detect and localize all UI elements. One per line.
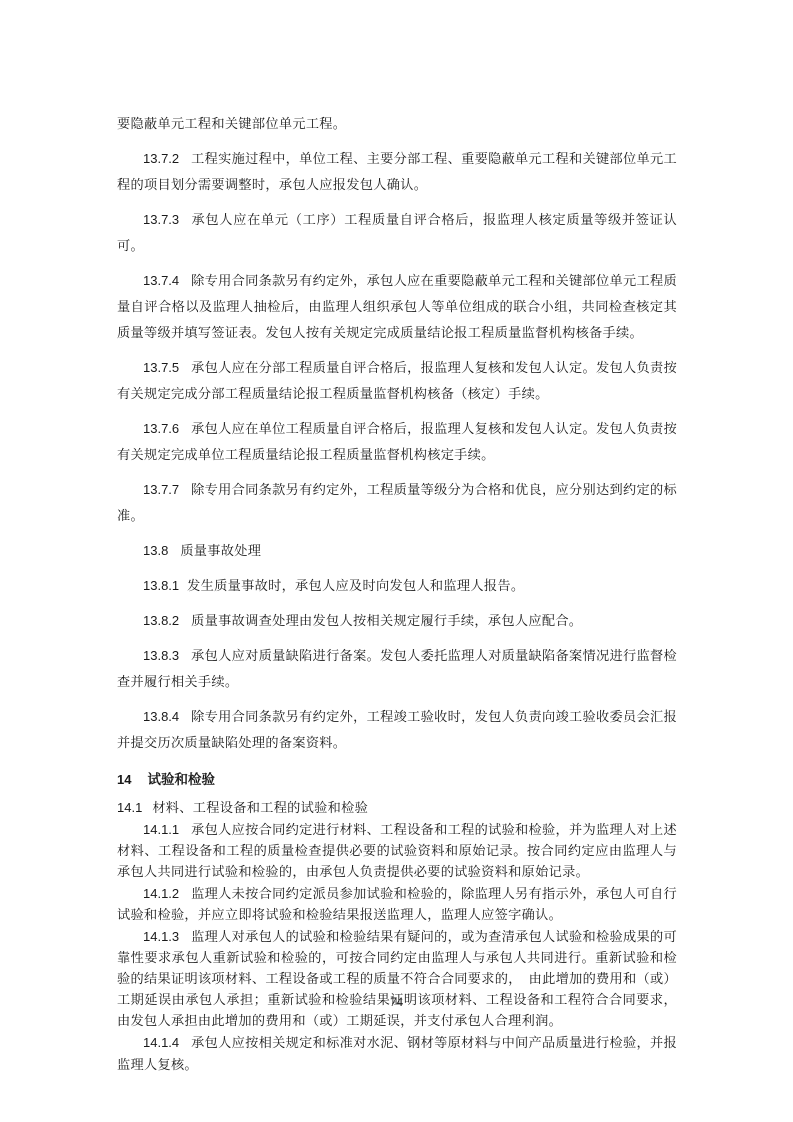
clause-13-8-4: 13.8.4除专用合同条款另有约定外，工程竣工验收时，发包人负责向竣工验收委员会… <box>117 704 677 757</box>
clause-number: 13.8 <box>143 543 168 558</box>
clause-number: 14.1.2 <box>143 886 179 901</box>
clause-number: 13.8.3 <box>143 648 179 663</box>
section-number: 14.1 <box>117 800 142 815</box>
section-14-1-title: 14.1材料、工程设备和工程的试验和检验 <box>117 797 677 819</box>
page-number: 74 <box>0 994 793 1010</box>
clause-14-1-4: 14.1.4承包人应按相关规定和标准对水泥、钢材等原材料与中间产品质量进行检验，… <box>117 1032 677 1077</box>
clause-number: 13.7.3 <box>143 212 179 227</box>
clause-number: 13.8.4 <box>143 709 179 724</box>
clause-number: 14.1.4 <box>143 1035 179 1050</box>
clause-number: 13.8.1 <box>143 578 179 593</box>
clause-number: 13.7.7 <box>143 482 179 497</box>
clause-13-8-3: 13.8.3承包人应对质量缺陷进行备案。发包人委托监理人对质量缺陷备案情况进行监… <box>117 643 677 696</box>
chapter-title: 试验和检验 <box>147 772 215 788</box>
clause-number: 13.7.6 <box>143 421 179 436</box>
clause-number: 14.1.1 <box>143 822 179 837</box>
clause-13-8-2: 13.8.2质量事故调查处理由发包人按相关规定履行手续，承包人应配合。 <box>117 608 677 635</box>
clause-13-7-2: 13.7.2工程实施过程中，单位工程、主要分部工程、重要隐蔽单元工程和关键部位单… <box>117 146 677 199</box>
clause-number: 13.7.2 <box>143 151 179 166</box>
clause-number: 13.7.5 <box>143 360 179 375</box>
clause-13-7-4: 13.7.4除专用合同条款另有约定外，承包人应在重要隐蔽单元工程和关键部位单元工… <box>117 268 677 347</box>
clause-14-1-1: 14.1.1承包人应按合同约定进行材料、工程设备和工程的试验和检验，并为监理人对… <box>117 819 677 883</box>
chapter-14-heading: 14试验和检验 <box>117 769 677 791</box>
clause-13-8-1: 13.8.1发生质量事故时，承包人应及时向发包人和监理人报告。 <box>117 573 677 600</box>
clause-14-1-2: 14.1.2监理人未按合同约定派员参加试验和检验的，除监理人另有指示外，承包人可… <box>117 883 677 926</box>
clause-13-7-7: 13.7.7除专用合同条款另有约定外，工程质量等级分为合格和优良，应分别达到约定… <box>117 477 677 530</box>
clause-number: 13.8.2 <box>143 613 179 628</box>
clause-13-7-3: 13.7.3承包人应在单元（工序）工程质量自评合格后，报监理人核定质量等级并签证… <box>117 207 677 260</box>
clause-14-1-3: 14.1.3监理人对承包人的试验和检验结果有疑问的，或为查清承包人试验和检验成果… <box>117 926 677 1032</box>
paragraph-continuation: 要隐蔽单元工程和关键部位单元工程。 <box>117 112 677 138</box>
section-13-8-title: 13.8质量事故处理 <box>117 538 677 565</box>
clause-13-7-5: 13.7.5承包人应在分部工程质量自评合格后，报监理人复核和发包人认定。发包人负… <box>117 355 677 408</box>
document-page: 要隐蔽单元工程和关键部位单元工程。 13.7.2工程实施过程中，单位工程、主要分… <box>117 112 677 1077</box>
clause-13-7-6: 13.7.6承包人应在单位工程质量自评合格后，报监理人复核和发包人认定。发包人负… <box>117 416 677 469</box>
chapter-number: 14 <box>117 772 131 787</box>
clause-number: 13.7.4 <box>143 273 179 288</box>
clause-number: 14.1.3 <box>143 929 179 944</box>
